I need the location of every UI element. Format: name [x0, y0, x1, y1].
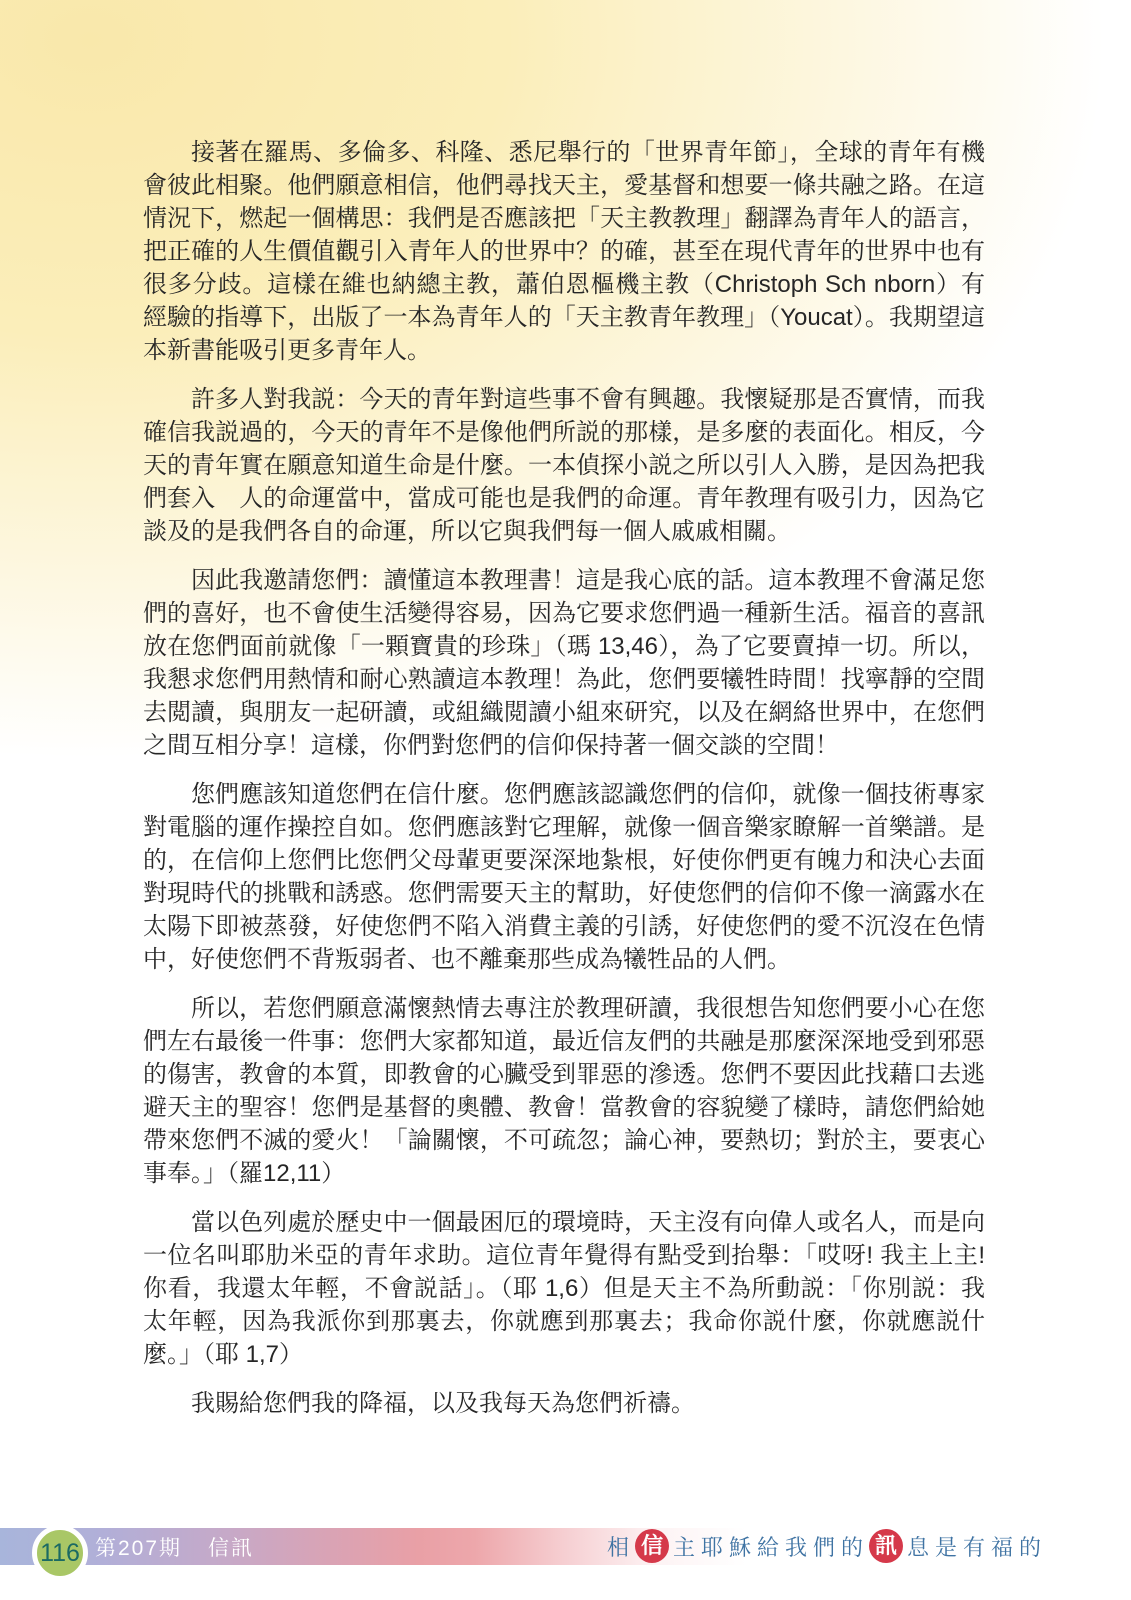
paragraph: 我賜給您們我的降福，以及我每天為您們祈禱。 — [143, 1387, 985, 1420]
paragraph: 因此我邀請您們：讀懂這本教理書！這是我心底的話。這本教理不會滿足您們的喜好，也不… — [143, 564, 985, 762]
paragraph: 所以，若您們願意滿懷熱情去專注於教理研讀，我很想告知您們要小心在您們左右最後一件… — [143, 992, 985, 1190]
paragraph: 許多人對我説：今天的青年對這些事不會有興趣。我懷疑那是否實情，而我確信我説過的，… — [143, 383, 985, 548]
paragraph: 當以色列處於歷史中一個最困厄的環境時，天主沒有向偉人或名人，而是向一位名叫耶肋米… — [143, 1206, 985, 1371]
page-number: 116 — [40, 1539, 80, 1568]
publication-title: 信訊 — [208, 1532, 254, 1562]
slogan-segment: 相 — [607, 1531, 635, 1562]
slogan-highlight-char: 信 — [635, 1529, 669, 1563]
paragraph: 您們應該知道您們在信什麼。您們應該認識您們的信仰，就像一個技術專家對電腦的運作操… — [143, 778, 985, 976]
page-number-badge: 116 — [32, 1525, 88, 1581]
issue-label: 第207期 — [95, 1532, 182, 1562]
footer-slogan: 相 信 主耶穌給我們的 訊 息是有福的 — [607, 1526, 1047, 1566]
document-page: 接著在羅馬、多倫多、科隆、悉尼舉行的「世界青年節」，全球的青年有機會彼此相聚。他… — [0, 0, 1131, 1600]
slogan-highlight-char: 訊 — [869, 1529, 903, 1563]
slogan-segment: 主耶穌給我們的 — [673, 1531, 869, 1562]
article-body: 接著在羅馬、多倫多、科隆、悉尼舉行的「世界青年節」，全球的青年有機會彼此相聚。他… — [143, 136, 985, 1420]
issue-info: 第207期 信訊 — [95, 1528, 254, 1565]
slogan-segment: 息是有福的 — [907, 1531, 1047, 1562]
paragraph: 接著在羅馬、多倫多、科隆、悉尼舉行的「世界青年節」，全球的青年有機會彼此相聚。他… — [143, 136, 985, 367]
